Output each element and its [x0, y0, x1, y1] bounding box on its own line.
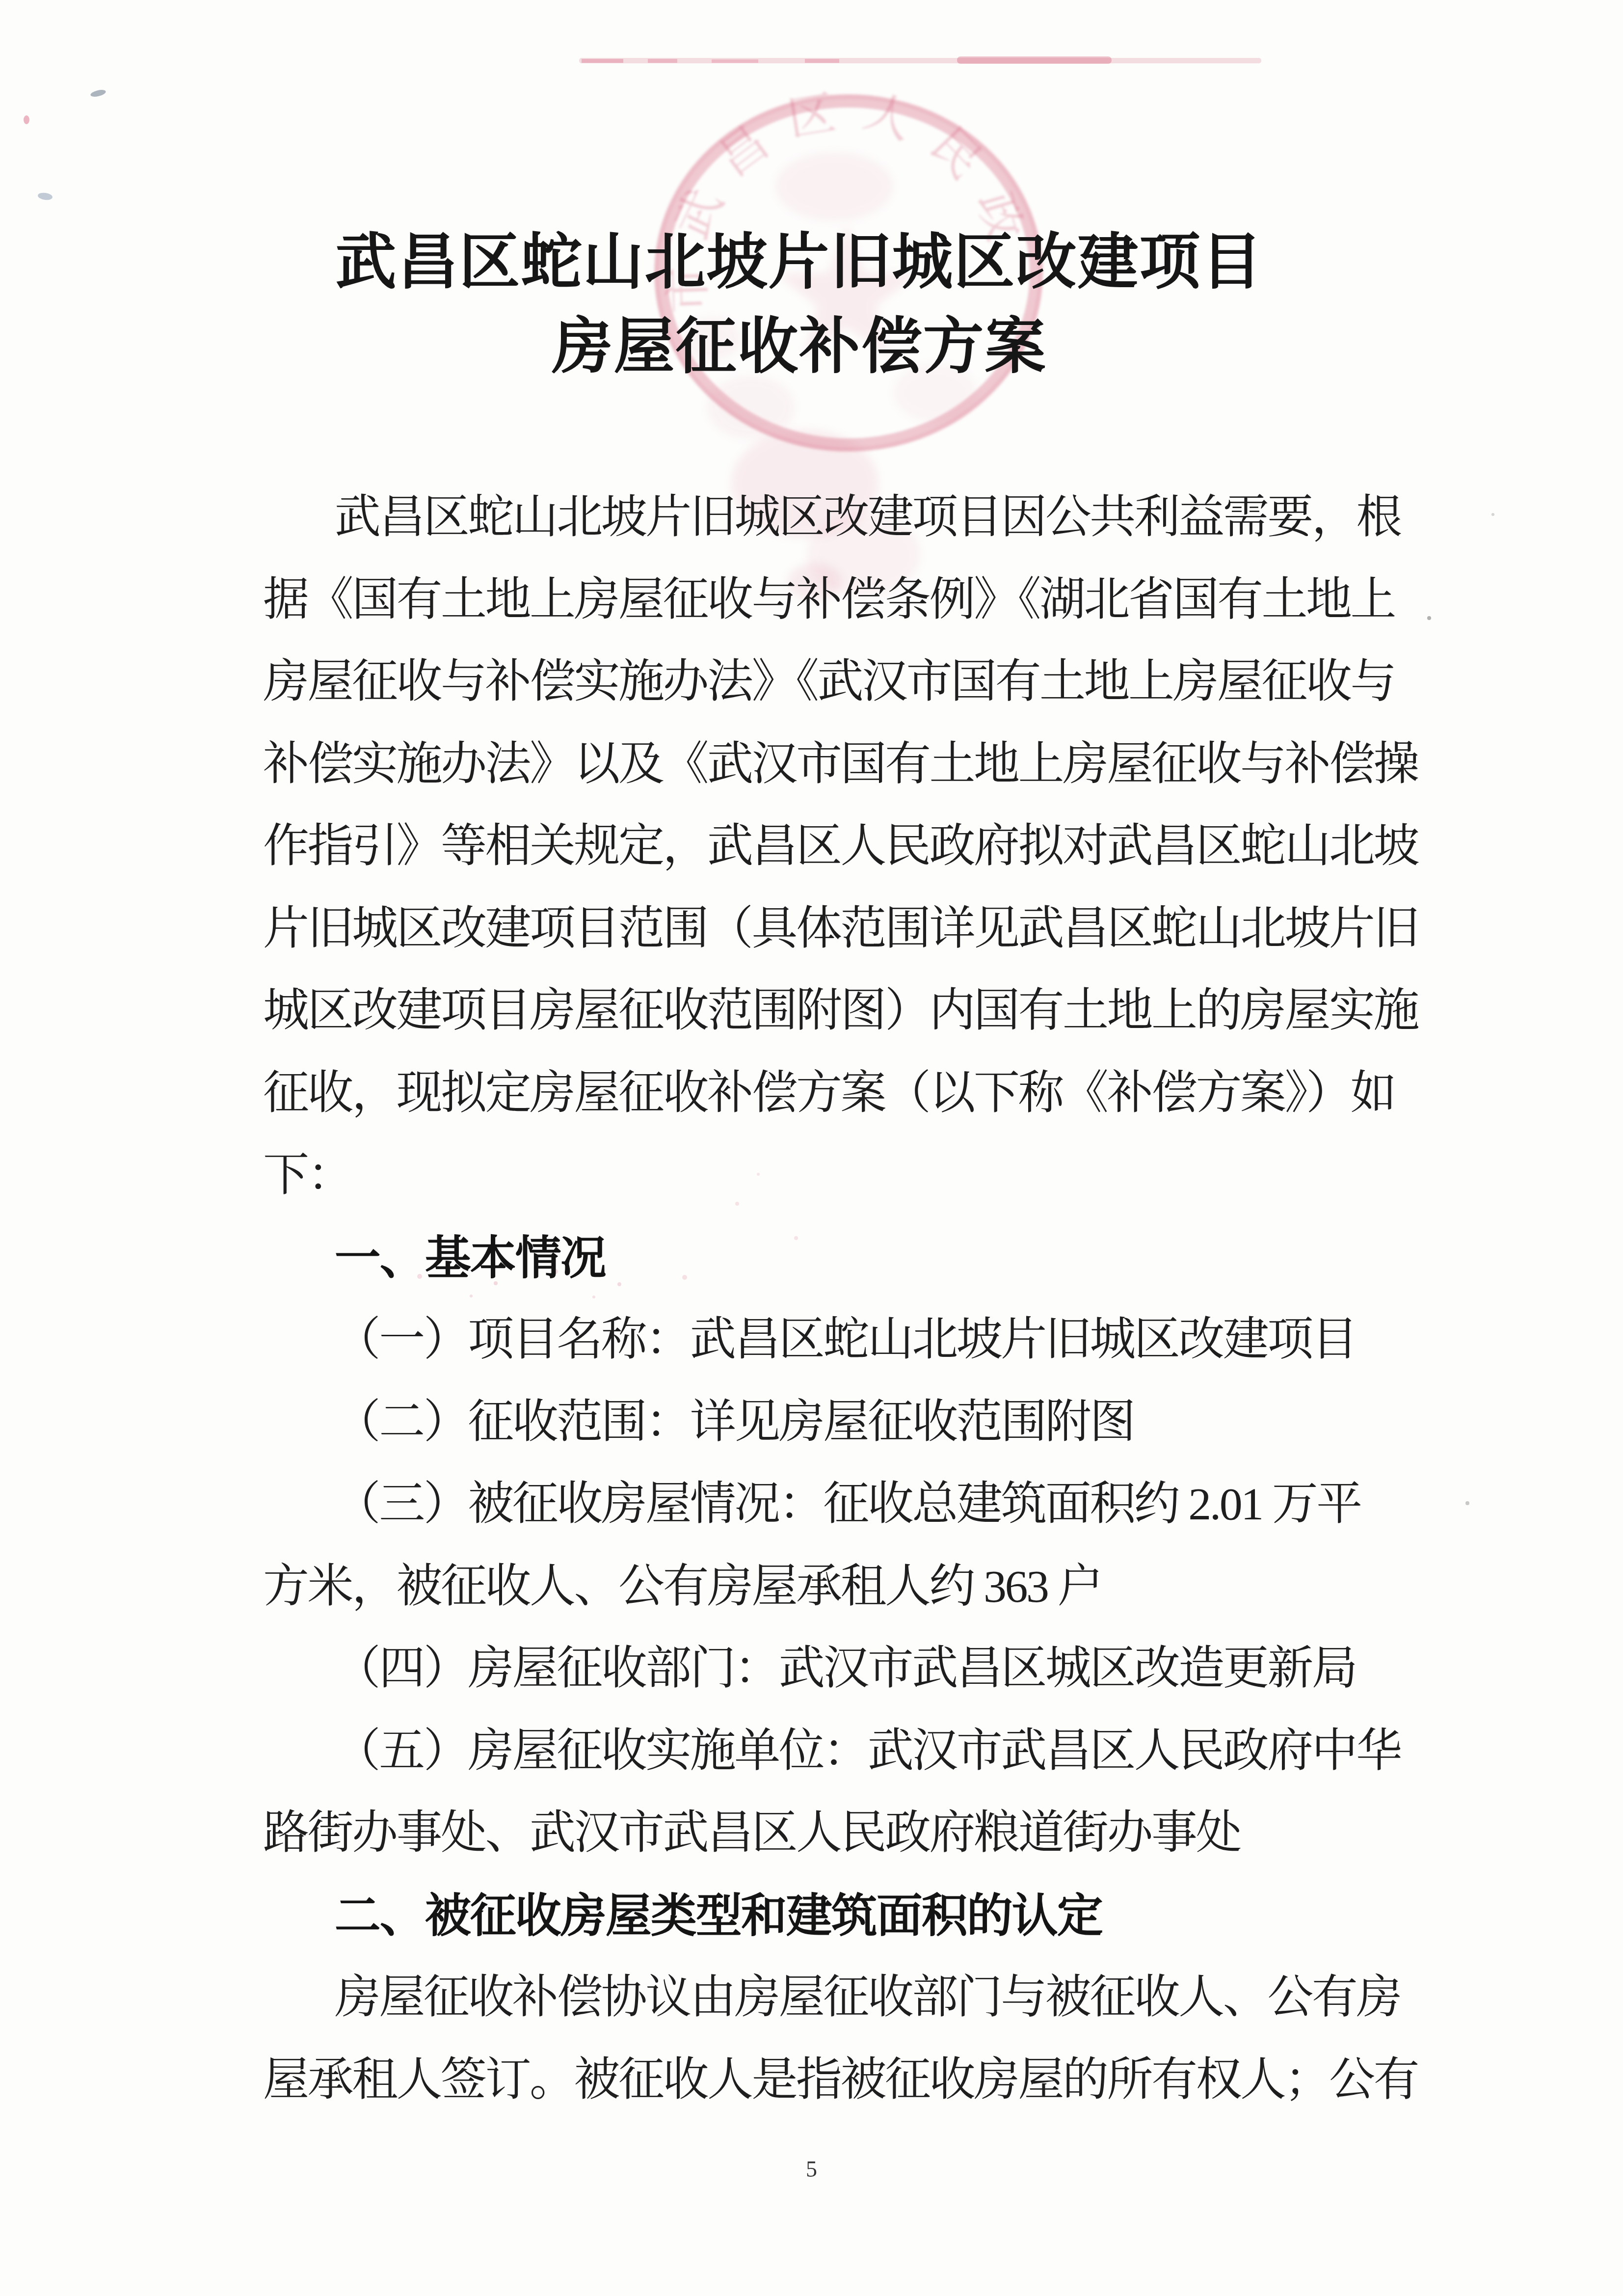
body-line: 房屋征收与补偿实施办法》《武汉市国有土地上房屋征收与	[263, 641, 1411, 724]
body-line: （一）项目名称：武昌区蛇山北坡片旧城区改建项目	[263, 1299, 1411, 1381]
body-line: 路街办事处、武汉市武昌区人民政府粮道街办事处	[263, 1792, 1411, 1875]
body-line: 作指引》等相关规定，武昌区人民政府拟对武昌区蛇山北坡	[263, 806, 1411, 888]
body-line: 屋承租人签订。被征收人是指被征收房屋的所有权人；公有	[263, 2039, 1411, 2122]
document-body: 武昌区蛇山北坡片旧城区改建项目因公共利益需要，根据《国有土地上房屋征收与补偿条例…	[263, 477, 1411, 2121]
body-line: 房屋征收补偿协议由房屋征收部门与被征收人、公有房	[263, 1957, 1411, 2039]
body-line: 下：	[263, 1134, 1411, 1217]
body-line: 征收，现拟定房屋征收补偿方案（以下称《补偿方案》）如	[263, 1053, 1411, 1135]
body-line: 片旧城区改建项目范围（具体范围详见武昌区蛇山北坡片旧	[263, 888, 1411, 971]
document-title-line2: 房屋征收补偿方案	[0, 304, 1611, 389]
body-line: 据《国有土地上房屋征收与补偿条例》《湖北省国有土地上	[263, 559, 1411, 642]
body-line: （五）房屋征收实施单位：武汉市武昌区人民政府中华	[263, 1710, 1411, 1793]
body-line: 补偿实施办法》以及《武汉市国有土地上房屋征收与补偿操	[263, 724, 1411, 806]
body-line: 城区改建项目房屋征收范围附图）内国有土地上的房屋实施	[263, 970, 1411, 1053]
document-title: 武昌区蛇山北坡片旧城区改建项目 房屋征收补偿方案	[0, 220, 1611, 389]
body-line: 武昌区蛇山北坡片旧城区改建项目因公共利益需要，根	[263, 477, 1411, 559]
scan-streak	[579, 56, 1261, 64]
body-line: （四）房屋征收部门：武汉市武昌区城区改造更新局	[263, 1628, 1411, 1710]
document-title-line1: 武昌区蛇山北坡片旧城区改建项目	[0, 220, 1611, 304]
body-line: （二）征收范围：详见房屋征收范围附图	[263, 1381, 1411, 1464]
section-heading: 二、被征收房屋类型和建筑面积的认定	[263, 1875, 1411, 1957]
page-number: 5	[0, 2156, 1623, 2182]
section-heading: 一、基本情况	[263, 1217, 1411, 1299]
body-line: 方米，被征收人、公有房屋承租人约 363 户	[263, 1546, 1411, 1628]
body-line: （三）被征收房屋情况：征收总建筑面积约 2.01 万平	[263, 1463, 1411, 1546]
document-page: 市武昌区人民政	[0, 0, 1623, 2296]
